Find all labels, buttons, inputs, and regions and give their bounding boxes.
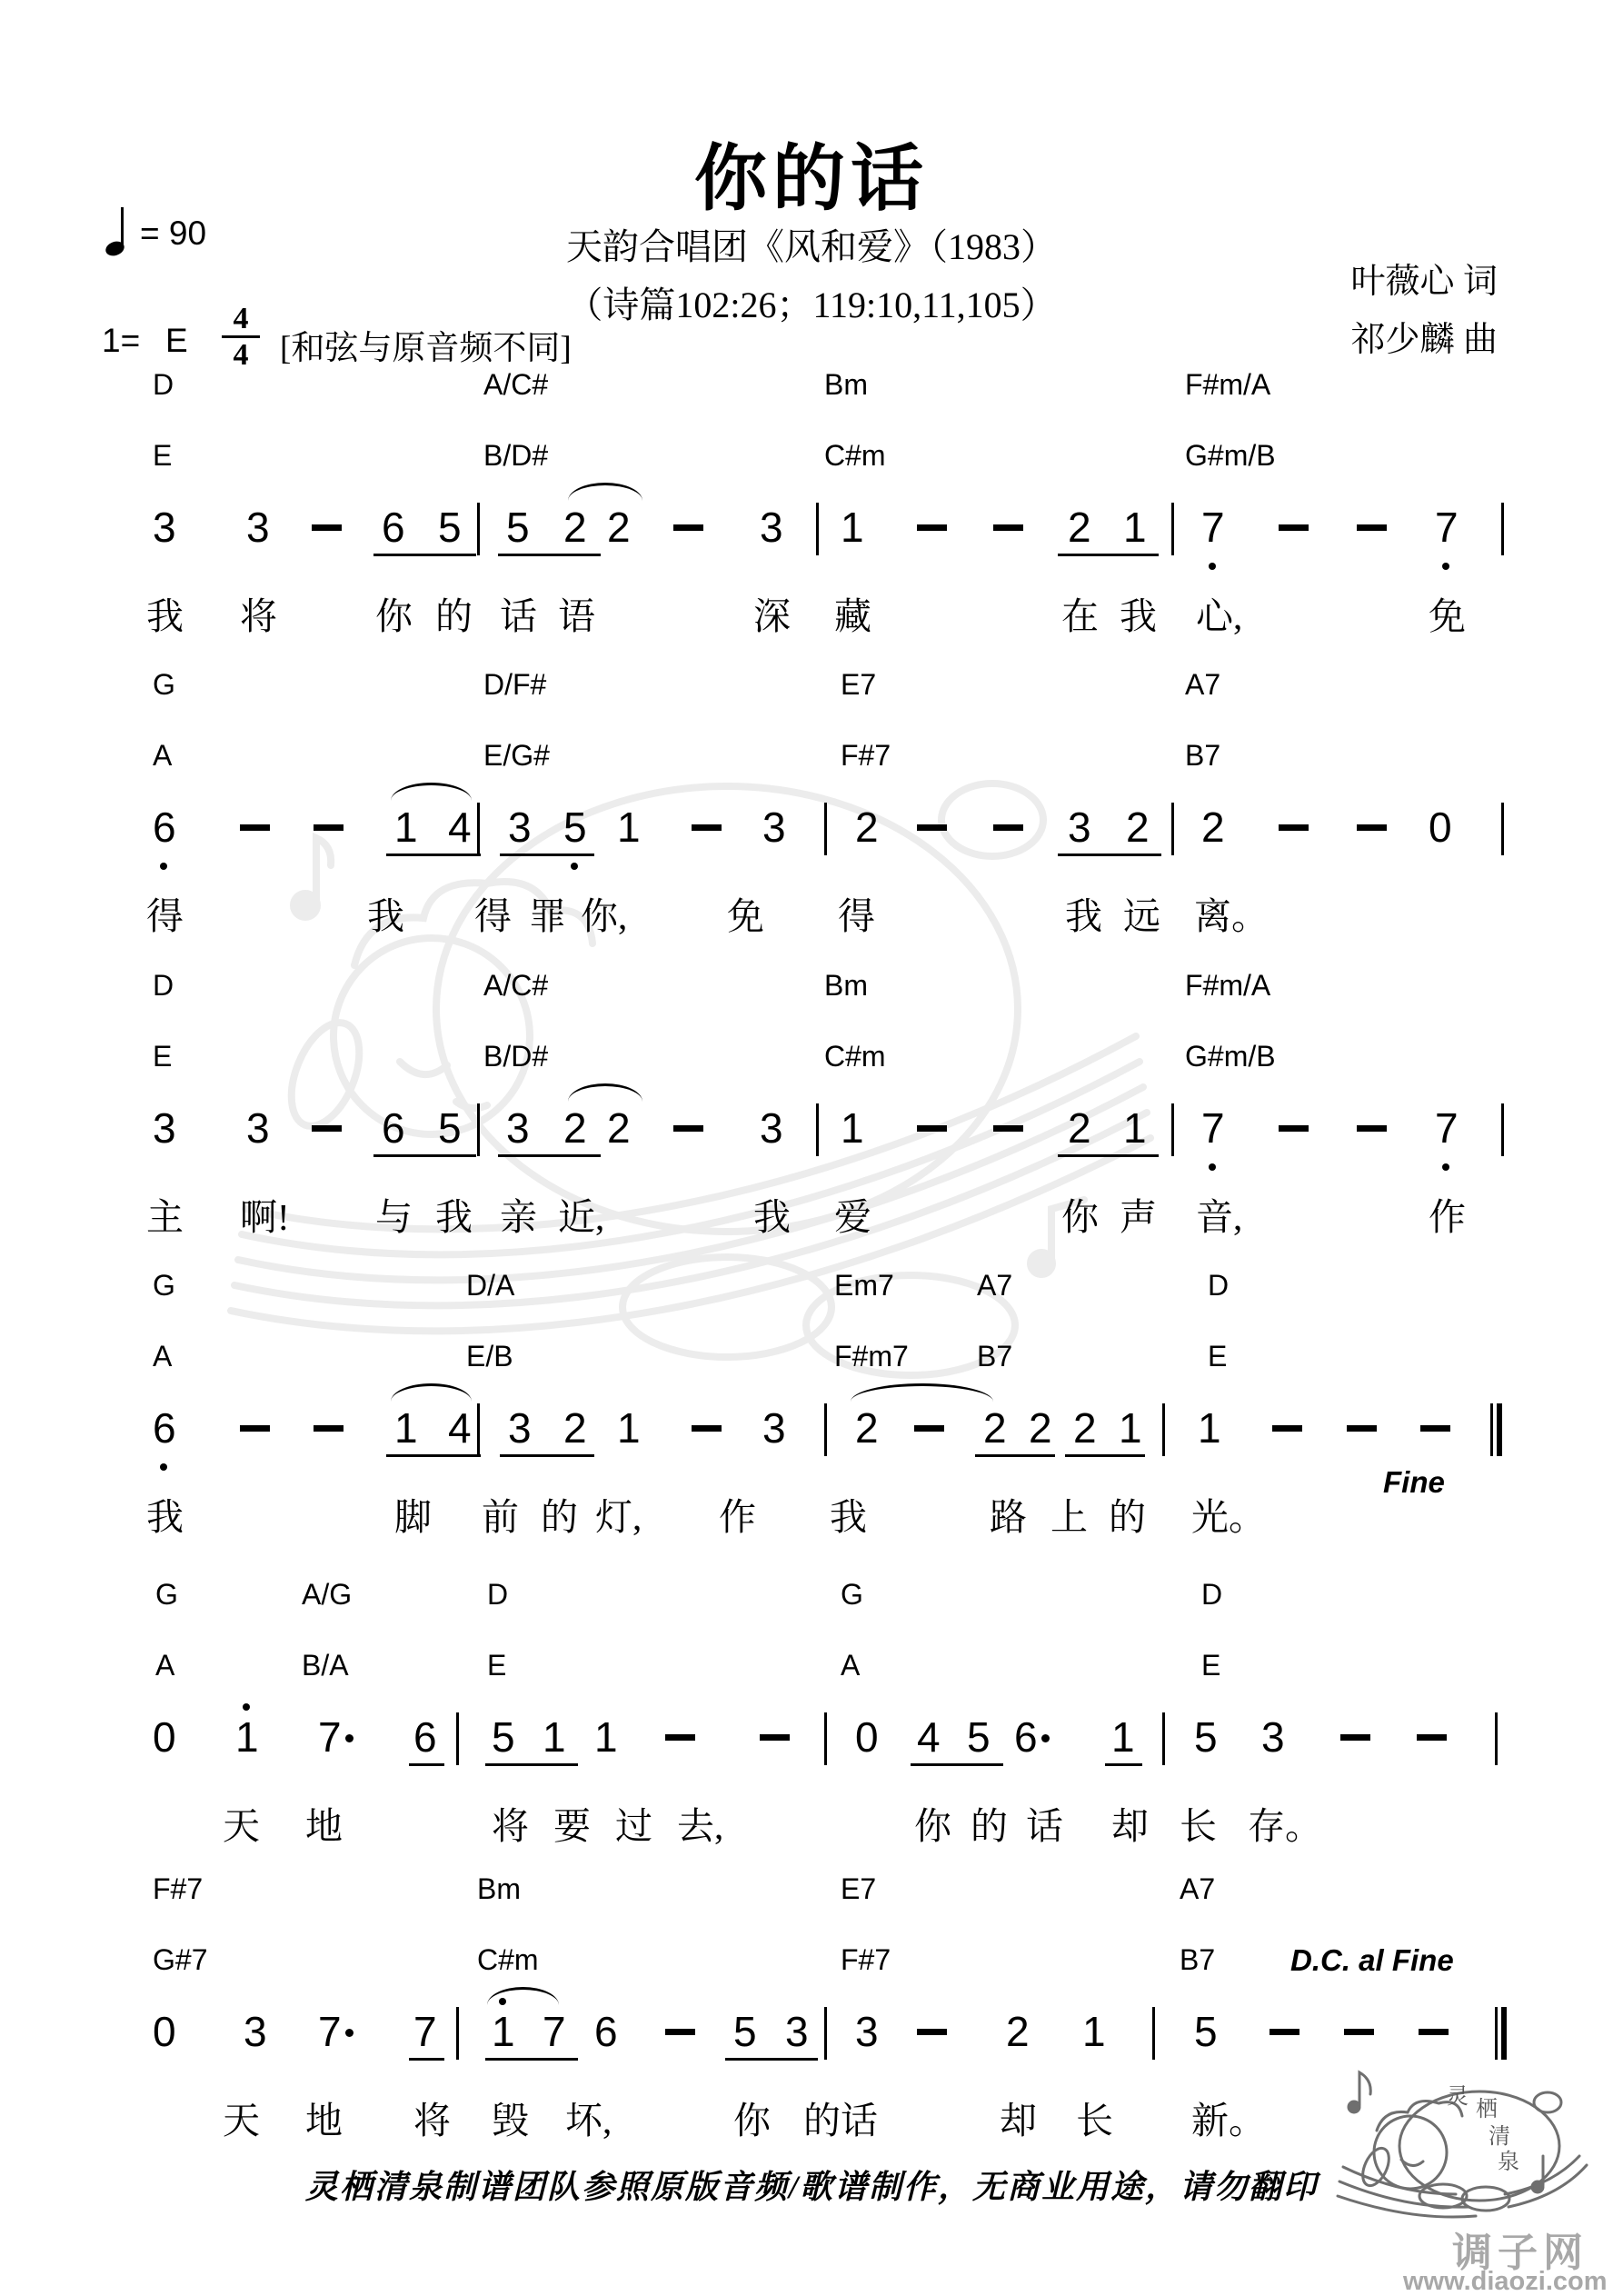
barline <box>1171 803 1174 855</box>
duration-dash <box>1357 1125 1387 1132</box>
note-digit: 7 <box>413 2011 437 2052</box>
lyric-char: 我 <box>146 1487 184 1541</box>
duration-dash <box>692 824 722 831</box>
note-digit: 3 <box>762 1407 786 1449</box>
duration-dash <box>1357 824 1387 831</box>
lyric-char: 你, <box>581 886 627 940</box>
barline <box>477 1103 480 1156</box>
chord-label: B7 <box>1185 739 1220 773</box>
footer-copyright-note: 灵栖清泉制谱团队参照原版音频/歌谱制作，无商业用途，请勿翻印 <box>305 2161 1318 2208</box>
note-digit: 1 <box>617 806 641 848</box>
lyric-char: 作 <box>1429 1187 1466 1241</box>
note-digit: 3 <box>508 806 532 848</box>
tie-arc <box>391 1383 472 1402</box>
chord-label: F#7 <box>841 739 891 773</box>
note-digit: 2 <box>1029 1407 1052 1449</box>
note-digit: 7 <box>318 2011 342 2052</box>
lyric-char: 你 <box>914 1796 951 1850</box>
lyric-char: 我 <box>753 1187 791 1241</box>
duration-dash <box>917 1125 947 1132</box>
chord-label: A <box>153 739 172 773</box>
lyric-char: 得 <box>474 886 512 940</box>
beam-underline <box>409 2058 444 2061</box>
note-digit: 3 <box>244 2011 267 2052</box>
chord-label: C#m <box>477 1943 539 1977</box>
duration-dash <box>917 2029 947 2035</box>
chord-label: D/A <box>466 1269 514 1303</box>
duration-dash <box>673 524 703 531</box>
barline <box>824 1403 827 1456</box>
lyric-char: 与 <box>375 1187 413 1241</box>
chord-label: B7 <box>1180 1943 1215 1977</box>
lyric-char: 前 <box>482 1487 519 1541</box>
octave-dot-low <box>1442 1163 1449 1171</box>
note-digit: 3 <box>760 506 783 548</box>
lyric-char: 我 <box>830 1487 867 1541</box>
lyric-char: 我 <box>1120 586 1157 640</box>
beam-underline <box>1065 1454 1145 1457</box>
note-digit: 3 <box>760 1107 783 1149</box>
beam-underline <box>975 1454 1055 1457</box>
note-digit: 4 <box>448 1407 472 1449</box>
beam-underline <box>725 2058 818 2061</box>
tie-arc <box>487 1987 559 2005</box>
duration-dash <box>665 2029 695 2035</box>
lyric-char: 的 <box>541 1487 578 1541</box>
note-digit: 1 <box>617 1407 641 1449</box>
chord-label: E/B <box>466 1340 513 1373</box>
note-digit: 3 <box>762 806 786 848</box>
note-digit: 1 <box>543 1716 566 1758</box>
lyric-char: 你 <box>1061 1187 1099 1241</box>
note-digit: 5 <box>438 506 462 548</box>
beam-underline <box>1058 1154 1159 1157</box>
note-digit: 1 <box>394 806 418 848</box>
octave-dot-low <box>160 1463 167 1471</box>
beam-underline <box>485 2058 578 2061</box>
chord-label: G <box>153 1269 175 1303</box>
duration-dash <box>692 1425 722 1432</box>
final-barline <box>1490 1403 1502 1456</box>
lyric-char: 爱 <box>834 1187 871 1241</box>
lyric-char: 的 <box>971 1796 1008 1850</box>
octave-dot-low <box>1209 563 1216 570</box>
chord-label: E <box>153 1040 172 1073</box>
beam-underline <box>386 854 481 856</box>
note-digit: 2 <box>1126 806 1150 848</box>
logo-char-2: 栖 <box>1476 2097 1498 2121</box>
duration-dash <box>240 1425 270 1432</box>
beam-underline <box>373 1154 476 1157</box>
lyric-char: 免 <box>1429 586 1466 640</box>
augmentation-dot <box>1041 1734 1050 1742</box>
note-digit: 3 <box>153 506 176 548</box>
chord-label: D/F# <box>483 668 546 702</box>
beam-underline <box>498 554 601 556</box>
barline <box>824 803 827 855</box>
duration-dash <box>993 524 1023 531</box>
chord-label: D <box>153 368 174 402</box>
note-digit: 1 <box>1119 1407 1142 1449</box>
note-digit: 5 <box>1194 1716 1218 1758</box>
barline <box>1501 1103 1504 1156</box>
barline <box>1162 1403 1165 1456</box>
note-digit: 1 <box>492 2011 515 2052</box>
duration-dash <box>673 1125 703 1132</box>
beam-underline <box>498 1154 601 1157</box>
site-url: www.diaozi.com <box>1403 2267 1608 2296</box>
duration-dash <box>312 524 342 531</box>
lyric-char: 灯, <box>595 1487 642 1541</box>
barline <box>824 2007 827 2060</box>
chord-label: E/G# <box>483 739 550 773</box>
lyric-char: 地 <box>305 1796 343 1850</box>
lyric-char: 作 <box>719 1487 756 1541</box>
system: DA/C#BmF#m/AEB/D#C#mG#m/B3365522312177我将… <box>0 368 1623 668</box>
chord-label: B/D# <box>483 439 548 473</box>
chord-label: Bm <box>824 368 868 402</box>
lyric-char: 的 <box>803 2091 841 2144</box>
barline <box>1501 803 1504 855</box>
rest-digit: 0 <box>1429 806 1452 848</box>
beam-underline <box>1105 1763 1142 1766</box>
lyric-char: 在 <box>1061 586 1099 640</box>
lyric-char: 话 <box>500 586 537 640</box>
note-digit: 4 <box>917 1716 941 1758</box>
note-digit: 3 <box>855 2011 879 2052</box>
duration-dash <box>1340 1734 1370 1741</box>
chord-label: D <box>487 1578 508 1612</box>
beam-underline <box>409 1763 444 1766</box>
note-digit: 1 <box>1198 1407 1221 1449</box>
lyric-char: 免 <box>727 886 764 940</box>
barline <box>1162 1712 1165 1765</box>
lyric-char: 存。 <box>1248 1796 1322 1850</box>
note-digit: 2 <box>855 806 879 848</box>
note-digit: 1 <box>1123 506 1147 548</box>
note-digit: 5 <box>1194 2011 1218 2052</box>
barline <box>1152 2007 1155 2060</box>
chord-label: E <box>153 439 172 473</box>
lyric-char: 将 <box>240 586 277 640</box>
duration-dash <box>1344 2029 1374 2035</box>
chord-label: G <box>153 668 175 702</box>
note-digit: 4 <box>448 806 472 848</box>
lyric-char: 我 <box>1065 886 1102 940</box>
lyric-char: 声 <box>1120 1187 1157 1241</box>
lyric-char: 你 <box>733 2091 771 2144</box>
lyric-char: 远 <box>1123 886 1160 940</box>
tie-arc <box>568 1083 642 1102</box>
duration-dash <box>312 1125 342 1132</box>
chord-label: E <box>487 1649 506 1682</box>
beam-underline <box>373 554 476 556</box>
chord-label: A <box>153 1340 172 1373</box>
barline <box>456 2007 459 2060</box>
system: DA/C#BmF#m/AEB/D#C#mG#m/B3365322312177主啊… <box>0 969 1623 1269</box>
chord-label: D <box>153 969 174 1003</box>
chord-label: E7 <box>841 1872 876 1906</box>
lyric-char: 光。 <box>1191 1487 1266 1541</box>
chord-label: F#m/A <box>1185 368 1270 402</box>
augmentation-dot <box>345 1734 353 1742</box>
beam-underline <box>1058 854 1161 856</box>
lyric-char: 将 <box>492 1796 529 1850</box>
note-digit: 2 <box>607 1107 631 1149</box>
lyric-char: 天 <box>223 1796 260 1850</box>
duration-dash <box>1272 1425 1302 1432</box>
note-digit: 5 <box>967 1716 991 1758</box>
chord-label: Bm <box>824 969 868 1003</box>
rest-digit: 0 <box>153 1716 176 1758</box>
final-barline <box>1495 2007 1507 2060</box>
lyric-char: 毁 <box>492 2091 529 2144</box>
chord-label: Em7 <box>834 1269 894 1303</box>
logo-char-3: 清 <box>1489 2124 1510 2149</box>
sheet-music-page: 你的话 = 90 天韵合唱团《风和爱》（1983） （诗篇102:26；119:… <box>0 0 1623 2296</box>
lyric-char: 藏 <box>834 586 871 640</box>
note-digit: 2 <box>855 1407 879 1449</box>
note-digit: 3 <box>1068 806 1091 848</box>
chord-label: D <box>1208 1269 1229 1303</box>
note-digit: 1 <box>235 1716 259 1758</box>
beam-underline <box>911 1763 1003 1766</box>
lyric-char: 罪 <box>529 886 566 940</box>
note-digit: 2 <box>563 1107 587 1149</box>
duration-dash <box>1270 2029 1299 2035</box>
note-digit: 1 <box>1082 2011 1106 2052</box>
lyric-char: 你 <box>375 586 413 640</box>
note-digit: 7 <box>318 1716 342 1758</box>
lyric-char: 得 <box>838 886 875 940</box>
duration-dash <box>1420 1425 1450 1432</box>
barline <box>824 1712 827 1765</box>
logo-char-4: 泉 <box>1498 2150 1519 2174</box>
duration-dash <box>917 524 947 531</box>
note-digit: 6 <box>413 1716 437 1758</box>
note-digit: 2 <box>1068 506 1091 548</box>
chord-label: F#7 <box>841 1943 891 1977</box>
tie-arc <box>851 1383 993 1402</box>
lyric-char: 话 <box>841 2091 878 2144</box>
lyric-char: 我 <box>367 886 404 940</box>
duration-dash <box>993 824 1023 831</box>
barline <box>477 803 480 855</box>
chord-label: A7 <box>1180 1872 1215 1906</box>
lyric-char: 却 <box>1111 1796 1149 1850</box>
chord-label: B7 <box>977 1340 1012 1373</box>
octave-dot-low <box>160 863 167 870</box>
note-digit: 1 <box>1123 1107 1147 1149</box>
lyric-char: 将 <box>413 2091 451 2144</box>
barline <box>456 1712 459 1765</box>
duration-dash <box>240 824 270 831</box>
note-digit: 2 <box>1068 1107 1091 1149</box>
lyric-char: 亲 <box>500 1187 537 1241</box>
logo-char-1: 灵 <box>1447 2084 1469 2109</box>
barline <box>816 503 819 555</box>
chord-label: G <box>841 1578 863 1612</box>
note-digit: 7 <box>1435 506 1459 548</box>
lyric-char: 过 <box>615 1796 652 1850</box>
system: GD/F#E7A7AE/G#F#7B7614351323220得我得罪你,免得我… <box>0 668 1623 968</box>
lyric-char: 心, <box>1196 586 1242 640</box>
lyric-char: 脚 <box>394 1487 432 1541</box>
chord-label: Bm <box>477 1872 521 1906</box>
lyric-char: 坏, <box>565 2091 612 2144</box>
note-digit: 7 <box>1435 1107 1459 1149</box>
chord-label: A <box>155 1649 174 1682</box>
lyric-char: 长 <box>1180 1796 1217 1850</box>
note-digit: 3 <box>785 2011 809 2052</box>
duration-dash <box>760 1734 790 1741</box>
octave-dot-low <box>1442 563 1449 570</box>
lyric-char: 上 <box>1050 1487 1088 1541</box>
duration-dash <box>314 1425 344 1432</box>
lyric-char: 语 <box>558 586 595 640</box>
note-digit: 6 <box>153 806 176 848</box>
note-digit: 1 <box>1111 1716 1135 1758</box>
barline <box>1171 503 1174 555</box>
note-digit: 1 <box>841 506 864 548</box>
note-digit: 7 <box>543 2011 566 2052</box>
duration-dash <box>1417 1734 1447 1741</box>
lyric-char: 地 <box>305 2091 343 2144</box>
barline <box>1495 1712 1498 1765</box>
chord-label: E <box>1208 1340 1227 1373</box>
tie-arc <box>568 483 642 501</box>
chord-label: A <box>841 1649 860 1682</box>
barline <box>477 1403 480 1456</box>
chord-label: B/D# <box>483 1040 548 1073</box>
octave-dot-high <box>243 1703 250 1711</box>
fine-mark: Fine <box>1383 1465 1445 1500</box>
octave-dot-low <box>571 863 578 870</box>
duration-dash <box>1279 1125 1309 1132</box>
note-digit: 1 <box>841 1107 864 1149</box>
lyric-char: 离。 <box>1194 886 1269 940</box>
beam-underline <box>1058 554 1159 556</box>
note-digit: 3 <box>246 1107 270 1149</box>
system: GA/GDGDAB/AEAE01765110456153天地将要过去,你的话却长… <box>0 1578 1623 1878</box>
dc-al-fine-mark: D.C. al Fine <box>1290 1943 1454 1978</box>
note-digit: 3 <box>1261 1716 1285 1758</box>
barline <box>1171 1103 1174 1156</box>
note-digit: 6 <box>382 506 405 548</box>
note-digit: 3 <box>153 1107 176 1149</box>
chord-label: D <box>1201 1578 1222 1612</box>
lyric-char: 的 <box>435 586 473 640</box>
note-digit: 2 <box>1006 2011 1030 2052</box>
lyric-char: 我 <box>435 1187 473 1241</box>
chord-label: A/C# <box>483 969 548 1003</box>
chord-label: C#m <box>824 1040 886 1073</box>
lyric-char: 路 <box>990 1487 1027 1541</box>
note-digit: 3 <box>246 506 270 548</box>
rest-digit: 0 <box>855 1716 879 1758</box>
barline <box>816 1103 819 1156</box>
lyric-char: 得 <box>146 886 184 940</box>
note-digit: 5 <box>492 1716 515 1758</box>
barline <box>477 503 480 555</box>
system: GD/AEm7A7DAE/BF#m7B7E6143213222211我脚前的灯,… <box>0 1269 1623 1569</box>
beam-underline <box>485 1763 578 1766</box>
chord-label: A/G <box>302 1578 352 1612</box>
duration-dash <box>314 824 344 831</box>
note-digit: 6 <box>382 1107 405 1149</box>
chord-label: A/C# <box>483 368 548 402</box>
note-digit: 7 <box>1201 506 1225 548</box>
duration-dash <box>1357 524 1387 531</box>
chord-label: E <box>1201 1649 1220 1682</box>
rest-digit: 0 <box>153 2011 176 2052</box>
chord-label: F#m7 <box>834 1340 909 1373</box>
duration-dash <box>665 1734 695 1741</box>
duration-dash <box>1347 1425 1377 1432</box>
note-digit: 2 <box>607 506 631 548</box>
note-digit: 5 <box>733 2011 757 2052</box>
note-digit: 7 <box>1201 1107 1225 1149</box>
barline <box>1501 503 1504 555</box>
duration-dash <box>917 824 947 831</box>
duration-dash <box>1279 824 1309 831</box>
lyric-char: 的 <box>1109 1487 1146 1541</box>
lyric-char: 却 <box>1000 2091 1037 2144</box>
lyric-char: 深 <box>753 586 791 640</box>
chord-label: F#7 <box>153 1872 203 1906</box>
lyric-char: 音, <box>1196 1187 1242 1241</box>
duration-dash <box>914 1425 944 1432</box>
lyric-char: 主 <box>146 1187 184 1241</box>
beam-underline <box>500 854 594 856</box>
note-digit: 5 <box>438 1107 462 1149</box>
octave-dot-low <box>1209 1163 1216 1171</box>
note-digit: 6 <box>594 2011 618 2052</box>
chord-label: G#m/B <box>1185 439 1276 473</box>
lyric-char: 去, <box>677 1796 723 1850</box>
note-digit: 2 <box>983 1407 1007 1449</box>
note-digit: 1 <box>394 1407 418 1449</box>
chord-label: G#7 <box>153 1943 207 1977</box>
beam-underline <box>500 1454 594 1457</box>
note-digit: 3 <box>506 1107 530 1149</box>
chord-label: F#m/A <box>1185 969 1270 1003</box>
note-digit: 2 <box>563 1407 587 1449</box>
lyric-char: 天 <box>223 2091 260 2144</box>
note-digit: 2 <box>1201 806 1225 848</box>
lyric-char: 要 <box>553 1796 591 1850</box>
note-digit: 5 <box>563 806 587 848</box>
duration-dash <box>1419 2029 1449 2035</box>
chord-label: E7 <box>841 668 876 702</box>
beam-underline <box>386 1454 481 1457</box>
chord-label: C#m <box>824 439 886 473</box>
duration-dash <box>993 1125 1023 1132</box>
note-digit: 6 <box>1014 1716 1038 1758</box>
lyric-char: 近, <box>558 1187 604 1241</box>
chord-label: G <box>155 1578 178 1612</box>
lyric-char: 啊! <box>240 1187 290 1241</box>
lyric-char: 长 <box>1076 2091 1113 2144</box>
chord-label: B/A <box>302 1649 349 1682</box>
chord-label: A7 <box>1185 668 1220 702</box>
note-digit: 6 <box>153 1407 176 1449</box>
note-digit: 2 <box>563 506 587 548</box>
lyric-char: 话 <box>1026 1796 1063 1850</box>
note-digit: 1 <box>594 1716 618 1758</box>
chord-label: G#m/B <box>1185 1040 1276 1073</box>
lyric-char: 我 <box>146 586 184 640</box>
